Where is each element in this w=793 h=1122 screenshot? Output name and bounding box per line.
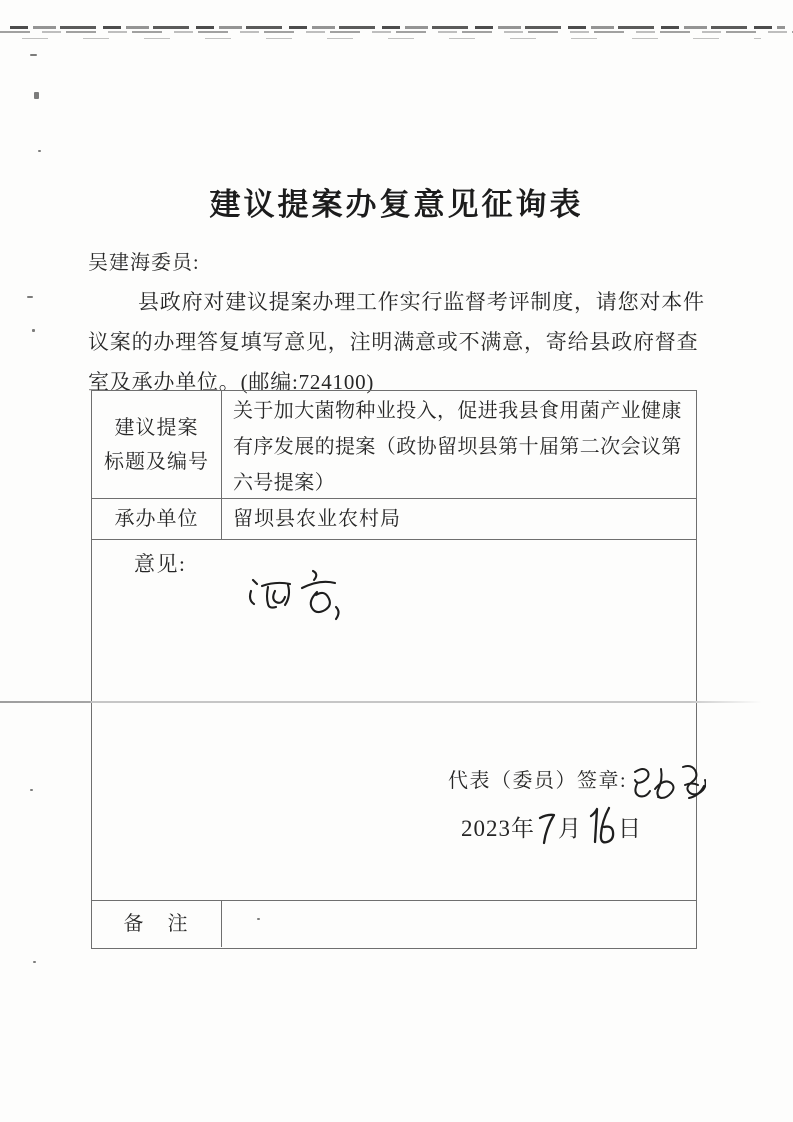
handwritten-month (537, 812, 557, 846)
proposal-value-line: 六号提案） (233, 465, 686, 501)
remarks-label-cell: 备 注 (92, 901, 222, 947)
undertaker-label: 承办单位 (115, 502, 199, 536)
signature-label: 代表（委员）签章: (448, 766, 627, 796)
letter-block: 吴建海委员: 县政府对建议提案办理工作实行监督考评制度，请您对本件 议案的办理答… (88, 244, 702, 402)
proposal-value-line: 关于加大菌物种业投入，促进我县食用菌产业健康 (233, 393, 686, 429)
signature-line: 代表（委员）签章: (448, 766, 706, 810)
opinion-label: 意见: (134, 548, 186, 578)
date-month-unit: 月 (558, 814, 582, 844)
date-year: 2023年 (461, 814, 535, 844)
scan-speck (34, 92, 39, 99)
undertaker-label-cell: 承办单位 (92, 499, 222, 539)
scanned-document-page: 建议提案办复意见征询表 吴建海委员: 县政府对建议提案办理工作实行监督考评制度，… (0, 0, 793, 1122)
undertaker-row: 承办单位 留坝县农业农村局 (92, 499, 696, 540)
remarks-row: 备 注 (92, 901, 696, 947)
handwritten-day (587, 806, 617, 846)
scan-speck (32, 329, 35, 332)
remarks-label: 备 注 (124, 907, 190, 941)
letter-line: 县政府对建议提案办理工作实行监督考评制度，请您对本件 (88, 282, 702, 322)
proposal-value-line: 有序发展的提案（政协留坝县第十届第二次会议第 (233, 429, 686, 465)
salutation: 吴建海委员: (88, 244, 702, 282)
date-day-unit: 日 (618, 814, 642, 844)
consultation-form-table: 建议提案 标题及编号 关于加大菌物种业投入，促进我县食用菌产业健康 有序发展的提… (91, 390, 697, 949)
proposal-title-label-cell: 建议提案 标题及编号 (92, 391, 222, 498)
scan-noise-line (0, 31, 793, 33)
scan-speck (38, 150, 41, 152)
handwritten-opinion (240, 564, 344, 626)
opinion-row: 意见: 代表（委员）签章: (92, 540, 696, 901)
letter-line: 议案的办理答复填写意见，注明满意或不满意，寄给县政府督查 (88, 322, 702, 362)
proposal-title-row: 建议提案 标题及编号 关于加大菌物种业投入，促进我县食用菌产业健康 有序发展的提… (92, 391, 696, 499)
undertaker-value-cell: 留坝县农业农村局 (222, 499, 696, 539)
scan-speck (30, 54, 37, 56)
document-title: 建议提案办复意见征询表 (0, 179, 793, 224)
scan-speck (30, 789, 33, 791)
proposal-label-line: 建议提案 (115, 411, 199, 445)
scan-noise-line (10, 26, 785, 29)
date-line: 2023年 月 日 (461, 806, 642, 844)
scan-noise-line (22, 38, 761, 39)
remarks-value-cell (222, 901, 696, 947)
proposal-label-line: 标题及编号 (104, 445, 209, 479)
proposal-title-value-cell: 关于加大菌物种业投入，促进我县食用菌产业健康 有序发展的提案（政协留坝县第十届第… (222, 391, 696, 498)
scan-speck (33, 961, 36, 963)
handwritten-signature (628, 762, 706, 810)
scan-artifact-line (0, 701, 793, 703)
scan-speck (27, 296, 33, 298)
